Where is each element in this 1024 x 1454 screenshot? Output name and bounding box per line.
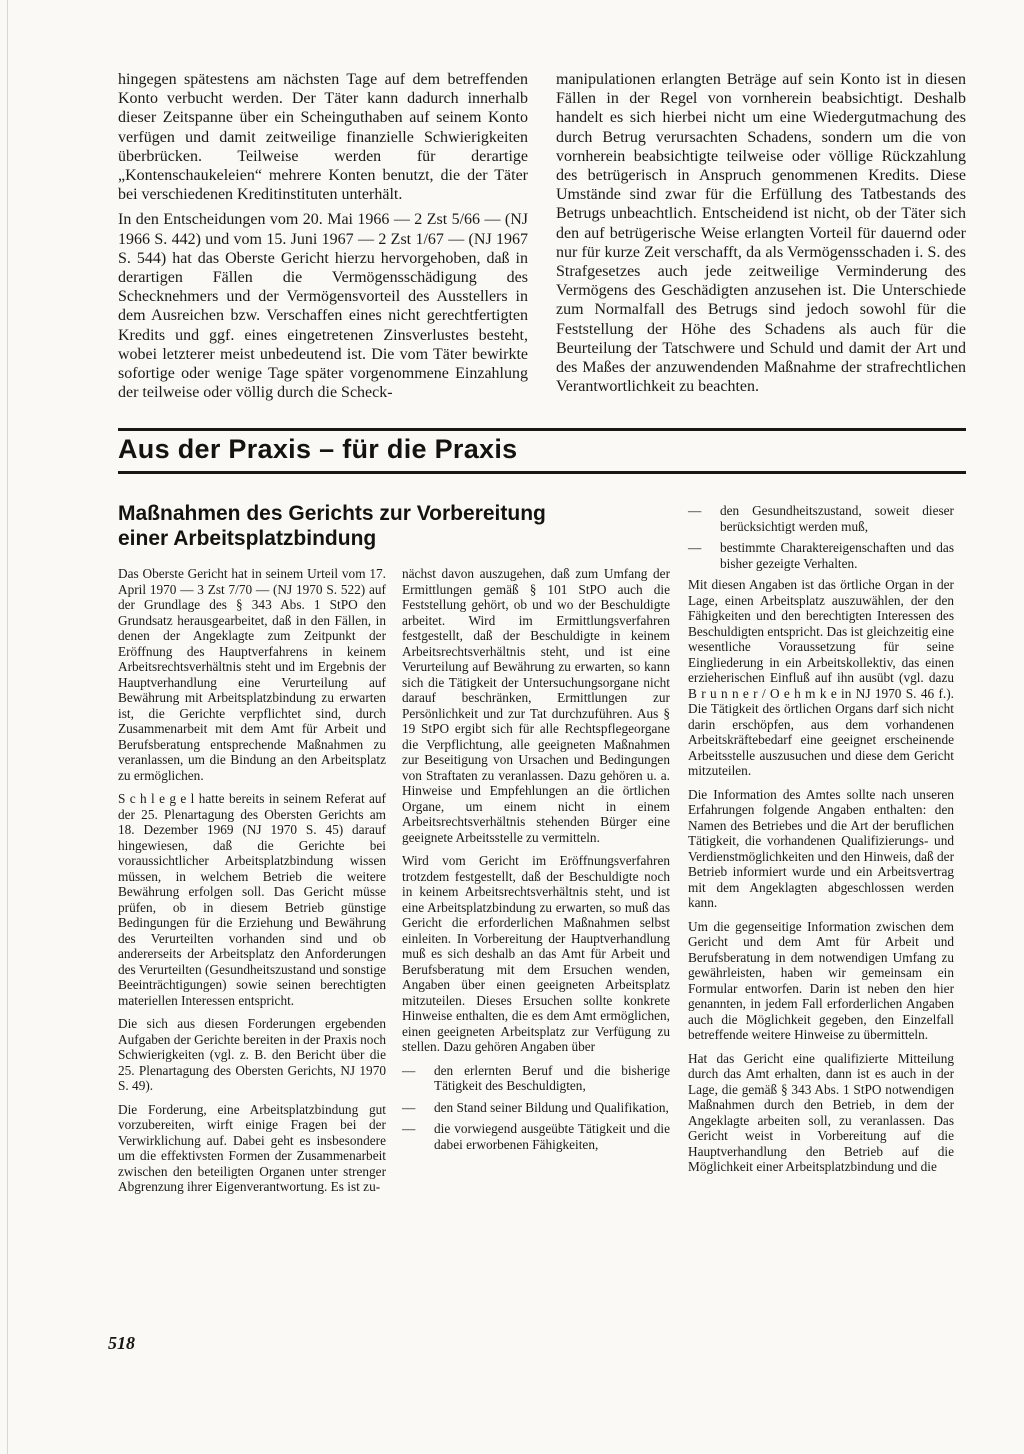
page-number: 518 [108, 1333, 135, 1354]
article-section: Maßnahmen des Gerichts zur Vorbereitung … [118, 501, 966, 1203]
scan-edge-line [7, 0, 8, 1454]
top-section: hingegen spätestens am nächsten Tage auf… [118, 70, 966, 408]
paragraph: Wird vom Gericht im Eröffnungsverfahren … [402, 853, 670, 1055]
top-right-column: manipulationen erlangten Beträge auf sei… [556, 70, 966, 408]
paragraph: nächst davon auszugehen, daß zum Umfang … [402, 566, 670, 845]
dash-list-item-text: den erlernten Beruf und die bisherige Tä… [434, 1063, 670, 1094]
paragraph: S c h l e g e l hatte bereits in seinem … [118, 791, 386, 1008]
dash-list-item-text: bestimmte Charaktereigenschaften und das… [720, 540, 954, 571]
article-column-3: — den Gesundheitszustand, soweit dieser … [688, 501, 954, 1203]
paragraph: manipulationen erlangten Beträge auf sei… [556, 70, 966, 396]
paragraph: Mit diesen Angaben ist das örtliche Orga… [688, 577, 954, 779]
paragraph: In den Entscheidungen vom 20. Mai 1966 —… [118, 210, 528, 402]
dash-list-item: — die vorwiegend ausgeübte Tätigkeit und… [402, 1121, 670, 1152]
paragraph: hingegen spätestens am nächsten Tage auf… [118, 70, 528, 204]
article-column-1: Das Oberste Gericht hat in seinem Urteil… [118, 566, 386, 1203]
dash-marker: — [688, 503, 720, 534]
dash-marker: — [402, 1100, 434, 1116]
dash-list-item: — den Stand seiner Bildung und Qualifika… [402, 1100, 670, 1116]
dash-list-item-text: den Stand seiner Bildung und Qualifikati… [434, 1100, 670, 1116]
dash-list-item-text: den Gesundheitszustand, soweit dieser be… [720, 503, 954, 534]
paragraph: Das Oberste Gericht hat in seinem Urteil… [118, 566, 386, 783]
paragraph: Die sich aus diesen Forderungen ergebend… [118, 1016, 386, 1094]
article-column-2: nächst davon auszugehen, daß zum Umfang … [402, 566, 670, 1203]
dash-list-item: — den erlernten Beruf und die bisherige … [402, 1063, 670, 1094]
page-content: hingegen spätestens am nächsten Tage auf… [118, 70, 966, 1203]
section-banner-title: Aus der Praxis – für die Praxis [118, 434, 966, 465]
article-title: Maßnahmen des Gerichts zur Vorbereitung … [118, 501, 598, 551]
article-left-block: Maßnahmen des Gerichts zur Vorbereitung … [118, 501, 670, 1203]
paragraph: Hat das Gericht eine qualifizierte Mitte… [688, 1051, 954, 1175]
section-banner: Aus der Praxis – für die Praxis [118, 428, 966, 474]
paragraph: Um die gegenseitige Information zwischen… [688, 919, 954, 1043]
journal-page: hingegen spätestens am nächsten Tage auf… [0, 0, 1024, 1454]
top-left-column: hingegen spätestens am nächsten Tage auf… [118, 70, 528, 408]
article-columns: Das Oberste Gericht hat in seinem Urteil… [118, 566, 670, 1203]
dash-marker: — [402, 1121, 434, 1152]
paragraph: Die Forderung, eine Arbeitsplatzbindung … [118, 1102, 386, 1195]
dash-list-item: — bestimmte Charaktereigenschaften und d… [688, 540, 954, 571]
dash-marker: — [688, 540, 720, 571]
dash-marker: — [402, 1063, 434, 1094]
paragraph: Die Information des Amtes sollte nach un… [688, 787, 954, 911]
dash-list-item: — den Gesundheitszustand, soweit dieser … [688, 503, 954, 534]
dash-list-item-text: die vorwiegend ausgeübte Tätigkeit und d… [434, 1121, 670, 1152]
